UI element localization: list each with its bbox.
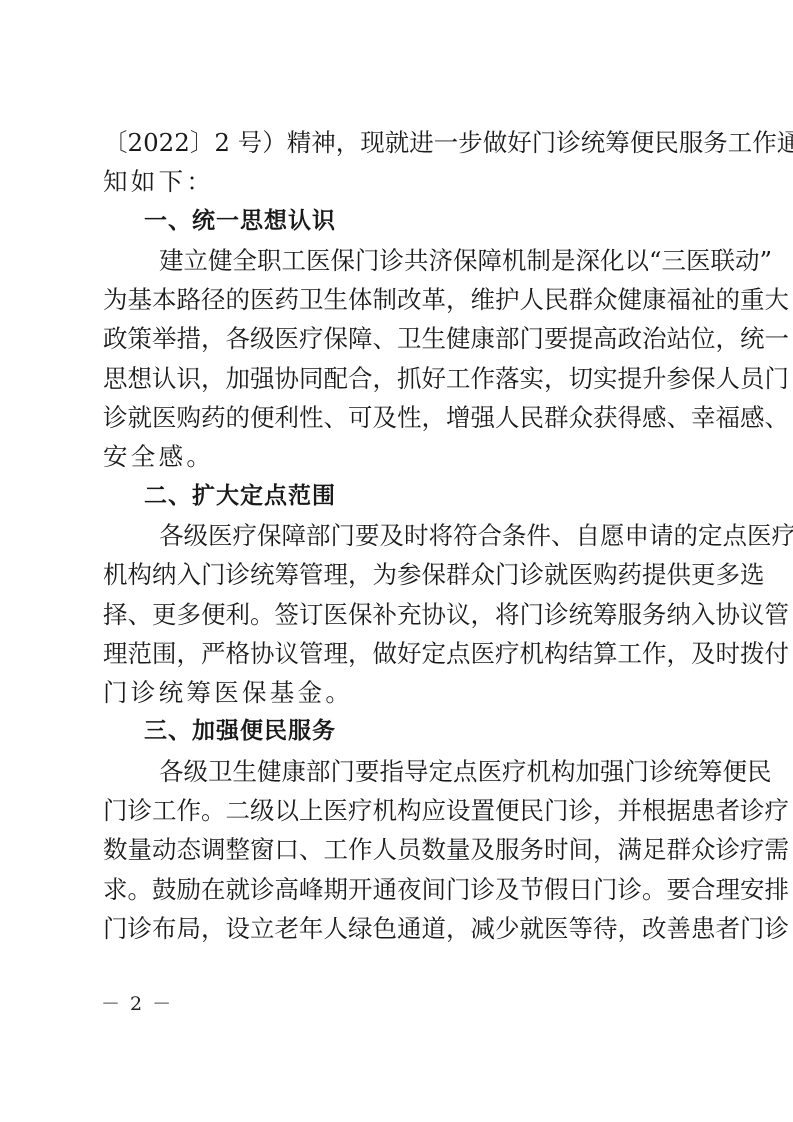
document-page: 〔2022〕2 号）精神，现就进一步做好门诊统筹便民服务工作通 知如下： 一、统…: [103, 123, 695, 948]
paragraph-start: 各级卫生健康部门要指导定点医疗机构加强门诊统筹便民: [103, 752, 695, 791]
section-heading-1: 一、统一思想认识: [103, 202, 695, 241]
paragraph-start: 各级医疗保障部门要及时将符合条件、自愿申请的定点医疗: [103, 516, 695, 555]
body-line: 求。鼓励在就诊高峰期开通夜间门诊及节假日门诊。要合理安排: [103, 870, 695, 909]
body-line: 思想认识，加强协同配合，抓好工作落实，切实提升参保人员门: [103, 359, 695, 398]
body-line: 〔2022〕2 号）精神，现就进一步做好门诊统筹便民服务工作通: [103, 123, 695, 162]
section-heading-3: 三、加强便民服务: [103, 712, 695, 751]
body-line: 政策举措，各级医疗保障、卫生健康部门要提高政治站位，统一: [103, 319, 695, 358]
body-line: 门诊布局，设立老年人绿色通道，减少就医等待，改善患者门诊: [103, 909, 695, 948]
paragraph-start: 建立健全职工医保门诊共济保障机制是深化以“三医联动”: [103, 241, 695, 280]
page-number: － 2 －: [101, 989, 173, 1016]
body-line: 安全感。: [103, 437, 695, 476]
body-line: 择、更多便利。签订医保补充协议，将门诊统筹服务纳入协议管: [103, 595, 695, 634]
body-line: 为基本路径的医药卫生体制改革，维护人民群众健康福祉的重大: [103, 280, 695, 319]
body-line: 门诊统筹医保基金。: [103, 673, 695, 712]
body-line: 数量动态调整窗口、工作人员数量及服务时间，满足群众诊疗需: [103, 830, 695, 869]
section-heading-2: 二、扩大定点范围: [103, 477, 695, 516]
body-line: 诊就医购药的便利性、可及性，增强人民群众获得感、幸福感、: [103, 398, 695, 437]
body-line: 机构纳入门诊统筹管理，为参保群众门诊就医购药提供更多选: [103, 555, 695, 594]
body-line: 门诊工作。二级以上医疗机构应设置便民门诊，并根据患者诊疗: [103, 791, 695, 830]
body-line: 知如下：: [103, 162, 695, 201]
body-line: 理范围，严格协议管理，做好定点医疗机构结算工作，及时拨付: [103, 634, 695, 673]
